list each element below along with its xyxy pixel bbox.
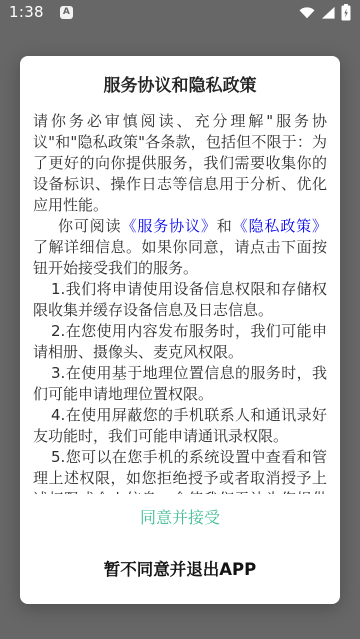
policy-item-3: 3.在使用基于地理位置信息的服务时，我们可能申请地理位置权限。 xyxy=(33,363,327,405)
policy-scroll-area[interactable]: 请你务必审慎阅读、充分理解"服务协议"和"隐私政策"各条款，包括但不限于：为了更… xyxy=(20,111,340,494)
agree-accept-button[interactable]: 同意并接受 xyxy=(140,508,220,528)
status-bar: 1:38 A xyxy=(0,0,360,24)
battery-charging-icon xyxy=(341,4,351,21)
wifi-icon xyxy=(299,6,315,19)
privacy-policy-link[interactable]: 《隐私政策》 xyxy=(233,217,327,235)
paragraph-text: 和 xyxy=(217,217,233,235)
paragraph-text: 你可阅读 xyxy=(58,217,122,235)
policy-item-2: 2.在您使用内容发布服务时，我们可能申请相册、摄像头、麦克风权限。 xyxy=(33,321,327,363)
policy-item-5: 5.您可以在您手机的系统设置中查看和管理上述权限，如您拒绝授予或者取消授予上述权… xyxy=(33,447,327,494)
status-icons xyxy=(299,4,351,21)
paragraph-text: 了解详细信息。如果你同意，请点击下面按钮开始接受我们的服务。 xyxy=(33,238,327,277)
policy-item-1: 1.我们将申请使用设备信息权限和存储权限收集并缓存设备信息及日志信息。 xyxy=(33,279,327,321)
policy-paragraph-intro: 请你务必审慎阅读、充分理解"服务协议"和"隐私政策"各条款，包括但不限于：为了更… xyxy=(33,111,327,216)
dimmed-screen: 1:38 A 服务协议和隐私政策 xyxy=(0,0,360,639)
dialog-title: 服务协议和隐私政策 xyxy=(20,74,340,98)
notification-a-icon: A xyxy=(60,6,73,19)
service-agreement-link[interactable]: 《服务协议》 xyxy=(122,217,217,235)
cellular-signal-icon xyxy=(321,6,335,19)
policy-item-4: 4.在使用屏蔽您的手机联系人和通讯录好友功能时，我们可能申请通讯录权限。 xyxy=(33,405,327,447)
disagree-exit-button[interactable]: 暂不同意并退出APP xyxy=(104,560,256,580)
clock: 1:38 xyxy=(9,0,44,24)
privacy-policy-dialog: 服务协议和隐私政策 请你务必审慎阅读、充分理解"服务协议"和"隐私政策"各条款，… xyxy=(20,56,340,604)
policy-paragraph-links: 你可阅读《服务协议》和《隐私政策》了解详细信息。如果你同意，请点击下面按钮开始接… xyxy=(33,216,327,279)
